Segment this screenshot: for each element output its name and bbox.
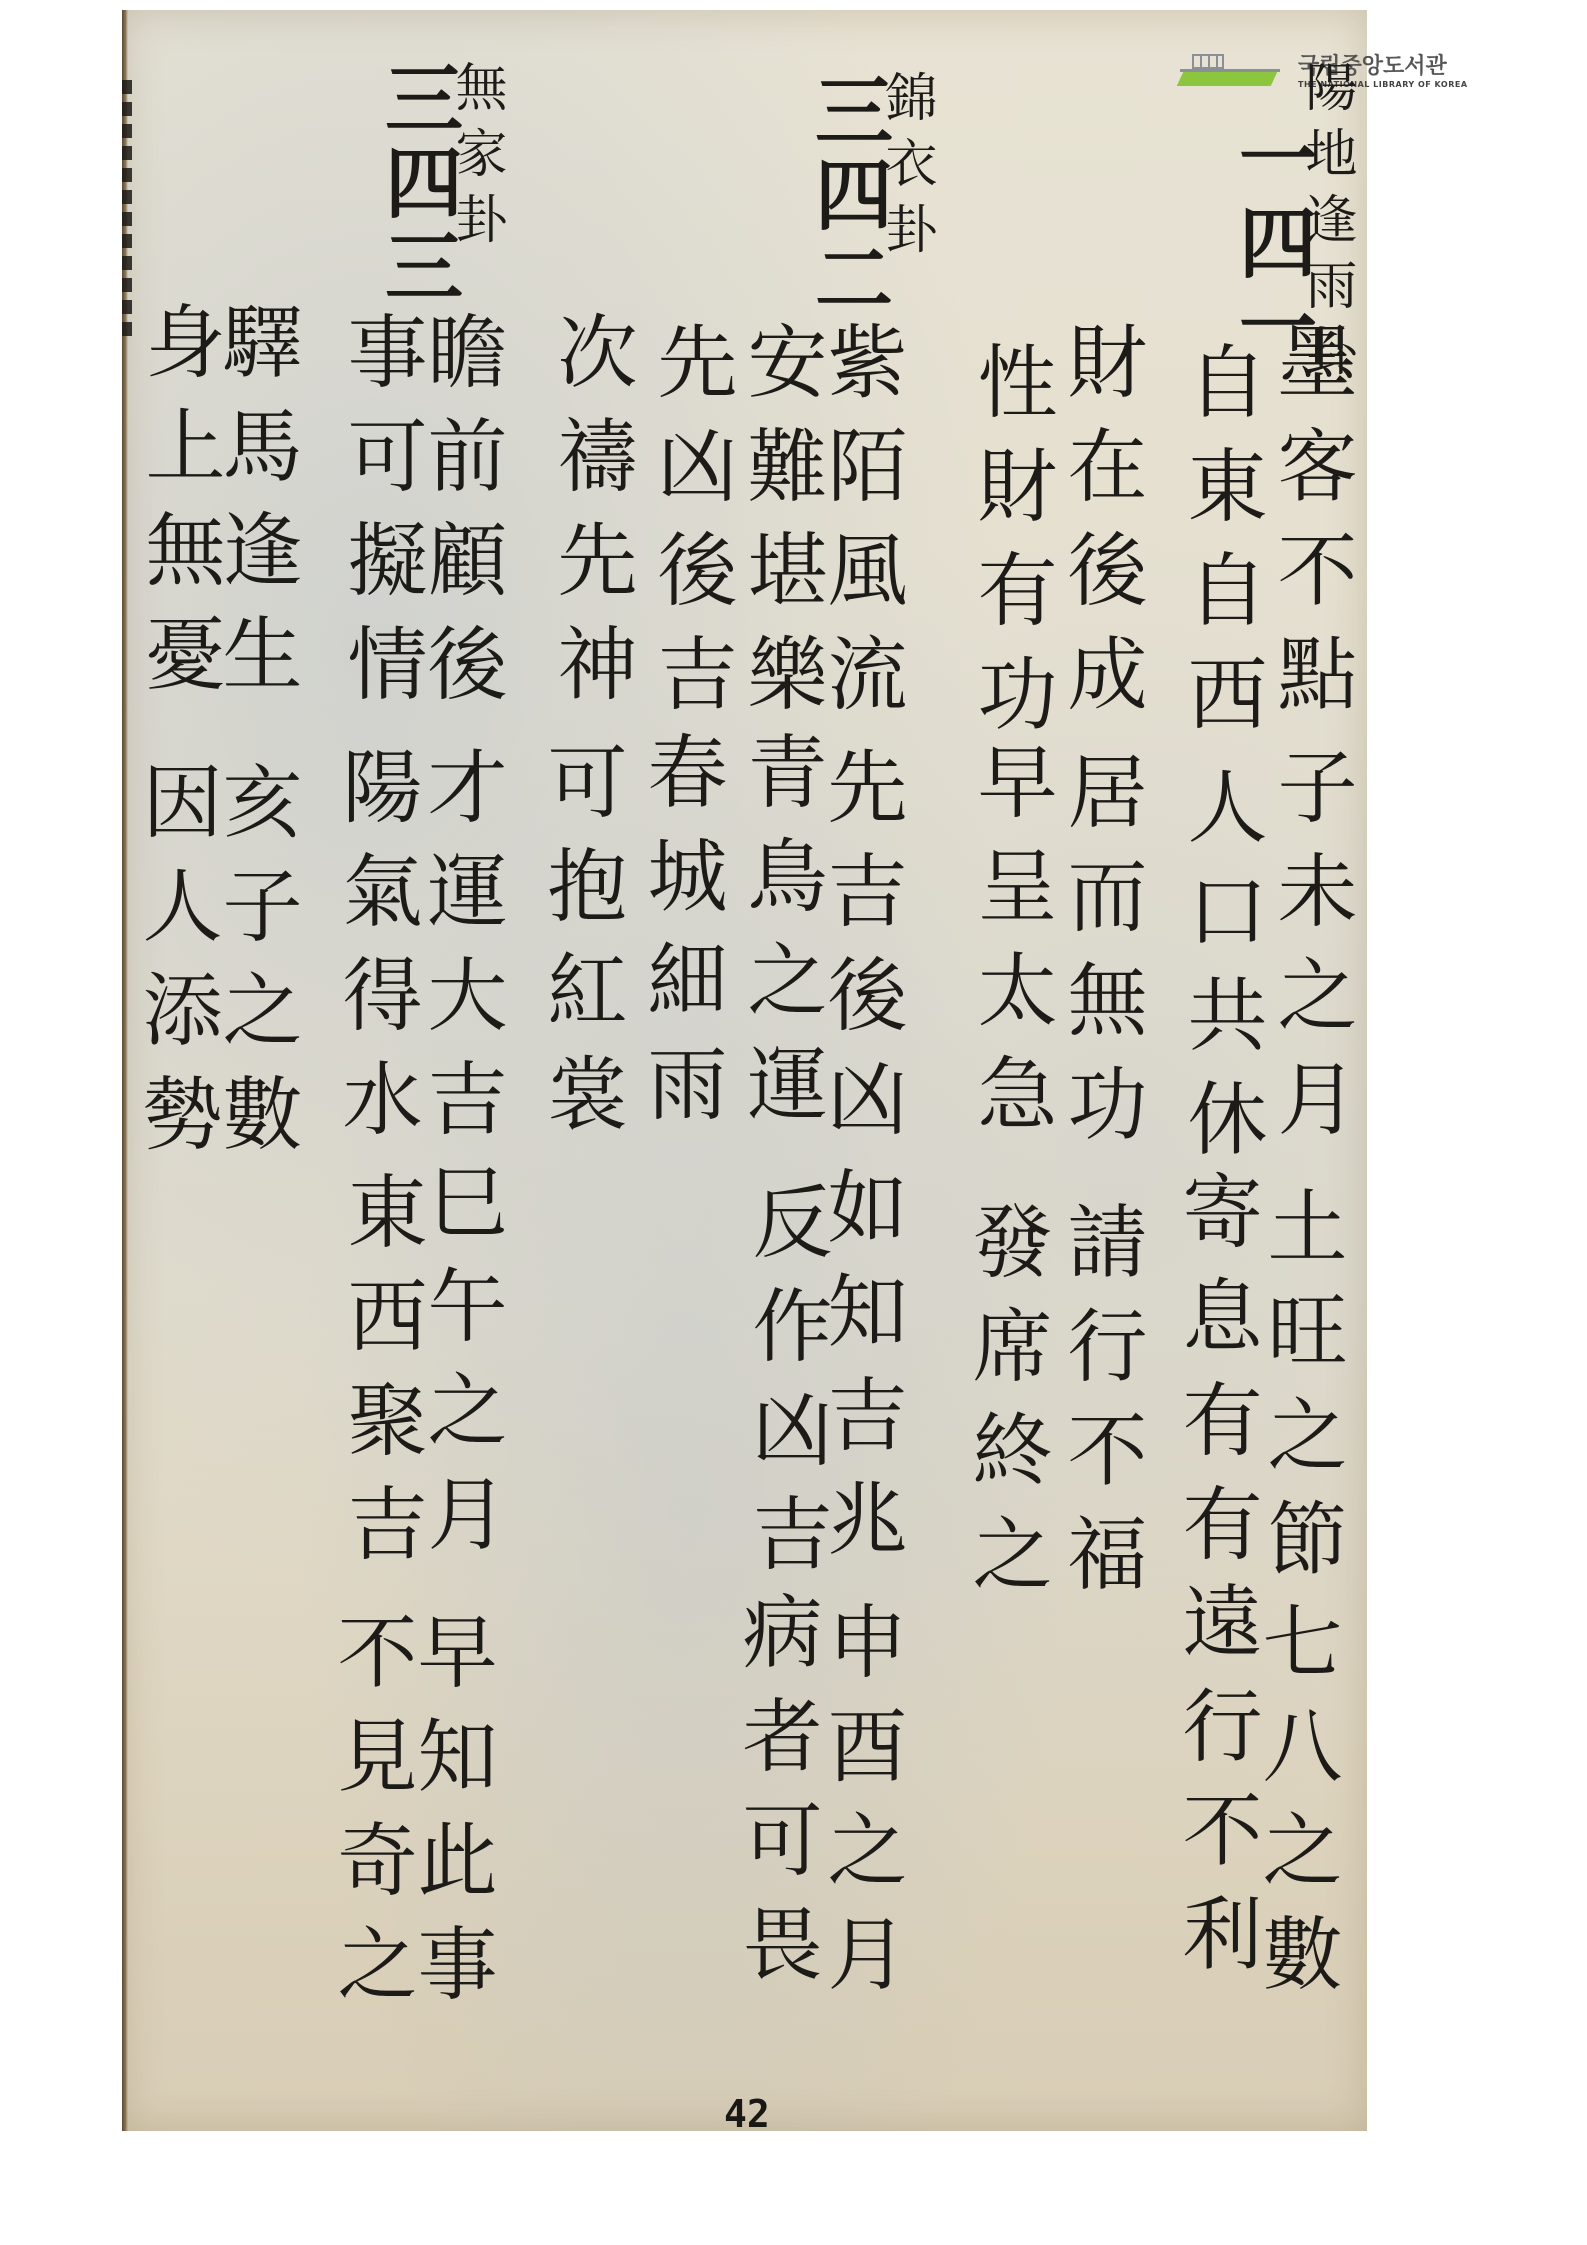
hexagram-title-2: 錦衣卦 — [880, 70, 932, 268]
verse-line: 子未之月 — [1270, 745, 1350, 1161]
verse-line: 遠行不利 — [1175, 1580, 1255, 1996]
verse-line: 早知此事 — [410, 1610, 490, 2026]
verse-line: 才運大吉 — [420, 745, 500, 1161]
verse-line: 巳午之月 — [420, 1160, 500, 1576]
verse-line: 紫陌風流 — [820, 320, 900, 736]
verse-line: 身上無憂 — [138, 300, 218, 716]
verse-line: 如知吉兆 — [820, 1165, 900, 1581]
hexagram-title-3: 無家卦 — [450, 60, 502, 258]
verse-line: 病者可畏 — [735, 1590, 815, 2006]
verse-line: 先凶後吉 — [650, 320, 730, 736]
verse-line: 陽氣得水 — [335, 745, 415, 1161]
verse-line: 東西聚吉 — [340, 1170, 420, 1586]
verse-line: 因人添勢 — [135, 760, 215, 1176]
hexagram-number-3: 三四三 — [378, 58, 456, 310]
verse-line: 人口共休 — [1180, 765, 1260, 1181]
verse-line: 自東自西 — [1180, 340, 1260, 756]
verse-line: 春城細雨 — [640, 730, 720, 1146]
page-number: 42 — [724, 2092, 770, 2136]
verse-line: 土旺之節 — [1260, 1185, 1340, 1601]
verse-line: 可抱紅裳 — [540, 740, 620, 1156]
verse-line: 反作凶吉 — [745, 1180, 825, 1596]
verse-line: 先吉後凶 — [820, 745, 900, 1161]
verse-line: 事可擬情 — [340, 310, 420, 726]
verse-line: 居而無功 — [1060, 750, 1140, 1166]
verse-line: 七八之數 — [1255, 1600, 1335, 2016]
verse-line: 瞻前顧後 — [420, 310, 500, 726]
verse-line: 早呈太急 — [970, 740, 1050, 1156]
verse-line: 墨客不點 — [1270, 320, 1350, 736]
verse-line: 青鳥之運 — [740, 730, 820, 1146]
verse-line: 寄息有有 — [1175, 1170, 1255, 1586]
library-emblem-icon — [1180, 50, 1290, 94]
verse-line: 請行不福 — [1060, 1200, 1140, 1616]
verse-line: 次禱先神 — [550, 310, 630, 726]
verse-line: 財在後成 — [1060, 320, 1140, 736]
verse-line: 驛馬逢生 — [215, 300, 295, 716]
verse-line: 不見奇之 — [330, 1610, 410, 2026]
verse-line: 申酉之月 — [820, 1600, 900, 2016]
binding-stitch-marks — [122, 80, 132, 340]
verse-line: 安難堪樂 — [740, 320, 820, 736]
verse-line: 性財有功 — [970, 340, 1050, 756]
verse-line: 發席終之 — [965, 1200, 1045, 1616]
verse-line: 亥子之數 — [215, 760, 295, 1176]
hexagram-number-2: 三四二 — [808, 70, 886, 322]
